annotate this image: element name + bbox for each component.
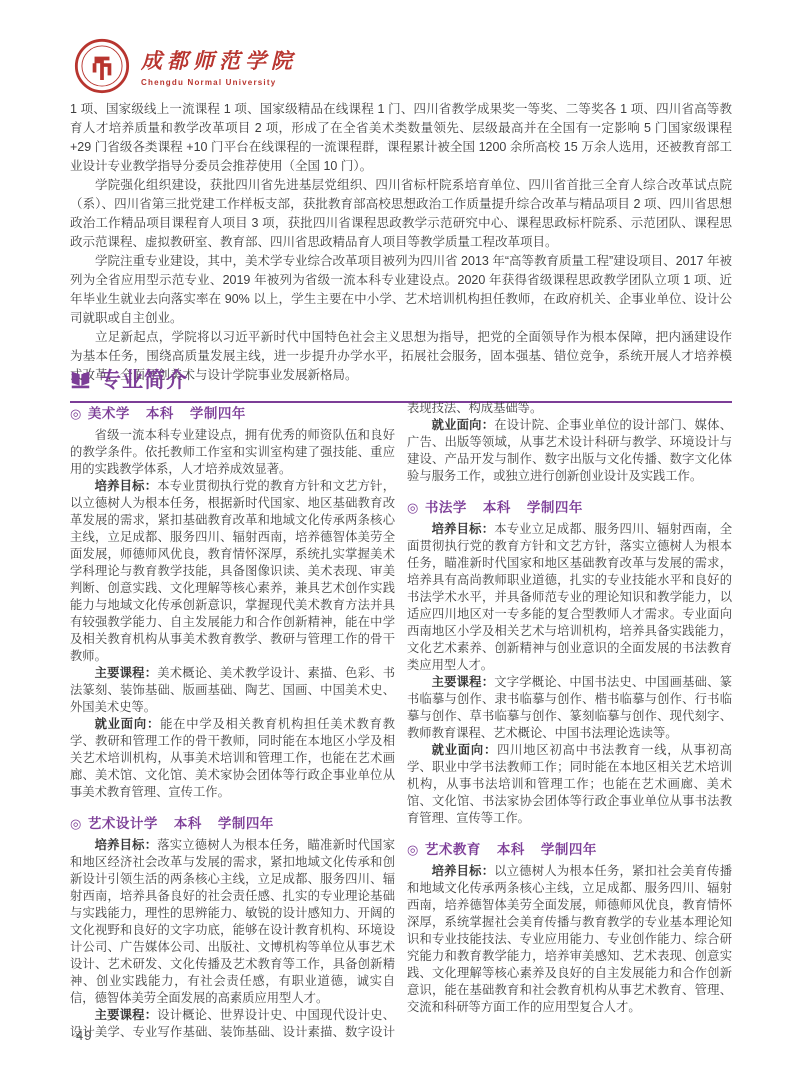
- major-duration: 学制四年: [190, 406, 246, 421]
- major-name: 书法学: [425, 500, 467, 515]
- major-goal: 培养目标：本专业立足成都、服务四川、辐射西南，全面贯彻执行党的教育方针和文艺方针…: [407, 521, 732, 674]
- major-goal: 培养目标：落实立德树人为根本任务，瞄准新时代国家和地区经济社会改革与发展的需求，…: [70, 837, 395, 1007]
- goal-text: 以立德树人为根本任务，紧扣社会美育传播和地域文化传承两条核心主线，立足成都、服务…: [407, 864, 732, 1014]
- major-duration: 学制四年: [218, 816, 274, 831]
- ring-bullet-icon: ◎: [407, 842, 419, 857]
- university-seal-icon: [74, 38, 130, 94]
- career-label: 就业面向：: [432, 743, 497, 757]
- major-courses: 主要课程：文字学概论、中国书法史、中国画基础、篆书临摹与创作、隶书临摹与创作、楷…: [407, 674, 732, 742]
- major-heading-calligraphy: ◎书法学本科学制四年: [407, 496, 732, 516]
- section-title: 专业简介: [100, 364, 188, 394]
- goal-label: 培养目标：: [432, 522, 495, 536]
- major-career: 就业面向：在设计院、企事业单位的设计部门、媒体、广告、出版等领域，从事艺术设计科…: [407, 417, 732, 485]
- major-degree: 本科: [146, 406, 174, 421]
- ring-bullet-icon: ◎: [70, 816, 82, 831]
- university-logo: 成都师范学院 Chengdu Normal University: [74, 38, 297, 94]
- career-label: 就业面向：: [432, 418, 495, 432]
- major-career: 就业面向：四川地区初高中书法教育一线，从事初高学、职业中学书法教师工作；同时能在…: [407, 742, 732, 827]
- major-name: 艺术教育: [425, 842, 481, 857]
- major-heading-art-design: ◎艺术设计学本科学制四年: [70, 812, 395, 832]
- goal-label: 培养目标：: [432, 864, 495, 878]
- ring-bullet-icon: ◎: [407, 500, 419, 515]
- intro-paragraph: 学院注重专业建设，其中，美术学专业综合改革项目被列为四川省 2013 年“高等教…: [70, 252, 732, 328]
- major-degree: 本科: [483, 500, 511, 515]
- major-heading-art-education: ◎艺术教育本科学制四年: [407, 838, 732, 858]
- intro-paragraph: 1 项、国家级线上一流课程 1 项、国家级精品在线课程 1 门、四川省教学成果奖…: [70, 100, 732, 176]
- major-duration: 学制四年: [527, 500, 583, 515]
- major-career: 就业面向：能在中学及相关教育机构担任美术教育教学、教研和管理工作的骨干教师，同时…: [70, 716, 395, 801]
- book-icon: [70, 369, 91, 390]
- page-number: 49: [76, 1028, 92, 1043]
- major-overview: 省级一流本科专业建设点，拥有优秀的师资队伍和良好的教学条件。依托教师工作室和实训…: [70, 427, 395, 478]
- courses-label: 主要课程：: [95, 666, 158, 680]
- major-heading-fine-arts: ◎美术学本科学制四年: [70, 402, 395, 422]
- goal-label: 培养目标：: [95, 838, 158, 852]
- logo-names: 成都师范学院 Chengdu Normal University: [141, 45, 297, 87]
- intro-text-block: 1 项、国家级线上一流课程 1 项、国家级精品在线课程 1 门、四川省教学成果奖…: [70, 100, 732, 385]
- goal-text: 落实立德树人为根本任务，瞄准新时代国家和地区经济社会改革与发展的需求，紧扣地域文…: [70, 838, 395, 1005]
- ring-bullet-icon: ◎: [70, 406, 82, 421]
- goal-label: 培养目标：: [95, 479, 158, 493]
- courses-label: 主要课程：: [95, 1008, 158, 1022]
- document-page: 成都师范学院 Chengdu Normal University 1 项、国家级…: [0, 0, 800, 1087]
- goal-text: 本专业贯彻执行党的教育方针和文艺方针，以立德树人为根本任务，根据新时代国家、地区…: [70, 479, 395, 663]
- major-name: 艺术设计学: [88, 816, 158, 831]
- majors-columns: ◎美术学本科学制四年 省级一流本科专业建设点，拥有优秀的师资队伍和良好的教学条件…: [70, 400, 732, 1048]
- major-goal: 培养目标：以立德树人为根本任务，紧扣社会美育传播和地域文化传承两条核心主线，立足…: [407, 863, 732, 1016]
- major-goal: 培养目标：本专业贯彻执行党的教育方针和文艺方针，以立德树人为根本任务，根据新时代…: [70, 478, 395, 665]
- career-label: 就业面向：: [95, 717, 160, 731]
- major-degree: 本科: [174, 816, 202, 831]
- major-duration: 学制四年: [541, 842, 597, 857]
- major-degree: 本科: [497, 842, 525, 857]
- university-name-en: Chengdu Normal University: [141, 78, 297, 87]
- courses-label: 主要课程：: [432, 675, 495, 689]
- intro-paragraph: 学院强化组织建设，获批四川省先进基层党组织、四川省标杆院系培育单位、四川省首批三…: [70, 176, 732, 252]
- section-header: 专业简介: [70, 364, 732, 403]
- university-name-cn: 成都师范学院: [141, 45, 297, 75]
- major-courses: 主要课程：美术概论、美术教学设计、素描、色彩、书法篆刻、装饰基础、版画基础、陶艺…: [70, 665, 395, 716]
- goal-text: 本专业立足成都、服务四川、辐射西南，全面贯彻执行党的教育方针和文艺方针，落实立德…: [407, 522, 732, 672]
- major-name: 美术学: [88, 406, 130, 421]
